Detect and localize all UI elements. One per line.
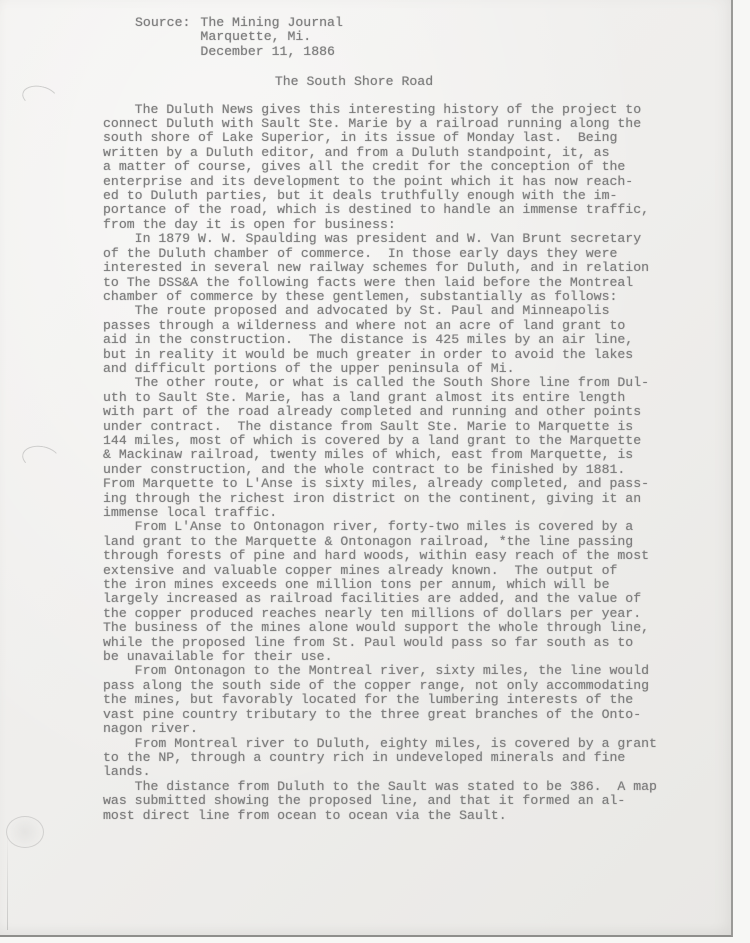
paragraph-4: The other route, or what is called the S… [103, 376, 665, 520]
paragraph-1: The Duluth News gives this interesting h… [103, 103, 665, 233]
document-body: The Duluth News gives this interesting h… [103, 103, 665, 823]
source-lines: The Mining Journal Marquette, Mi. Decemb… [200, 16, 342, 59]
paragraph-6: From Ontonagon to the Montreal river, si… [103, 664, 665, 736]
scanned-page: Source: The Mining Journal Marquette, Mi… [0, 0, 733, 937]
source-block: Source: The Mining Journal Marquette, Mi… [135, 16, 665, 59]
source-label: Source: [135, 16, 190, 59]
source-location: Marquette, Mi. [200, 30, 342, 44]
paper-left-edge [7, 830, 8, 930]
paragraph-7: From Montreal river to Duluth, eighty mi… [103, 737, 665, 780]
paragraph-8: The distance from Duluth to the Sault wa… [103, 780, 665, 823]
paragraph-5: From L'Anse to Ontonagon river, forty-tw… [103, 520, 665, 664]
document-title: The South Shore Road [73, 75, 635, 89]
document-content: Source: The Mining Journal Marquette, Mi… [103, 16, 665, 823]
source-publication: The Mining Journal [200, 16, 342, 30]
punch-hole-bottom [6, 816, 44, 848]
punch-hole-arc-top [20, 82, 60, 111]
source-date: December 11, 1886 [200, 45, 342, 59]
paragraph-3: The route proposed and advocated by St. … [103, 304, 665, 376]
punch-hole-arc-middle [20, 443, 62, 473]
paragraph-2: In 1879 W. W. Spaulding was president an… [103, 232, 665, 304]
